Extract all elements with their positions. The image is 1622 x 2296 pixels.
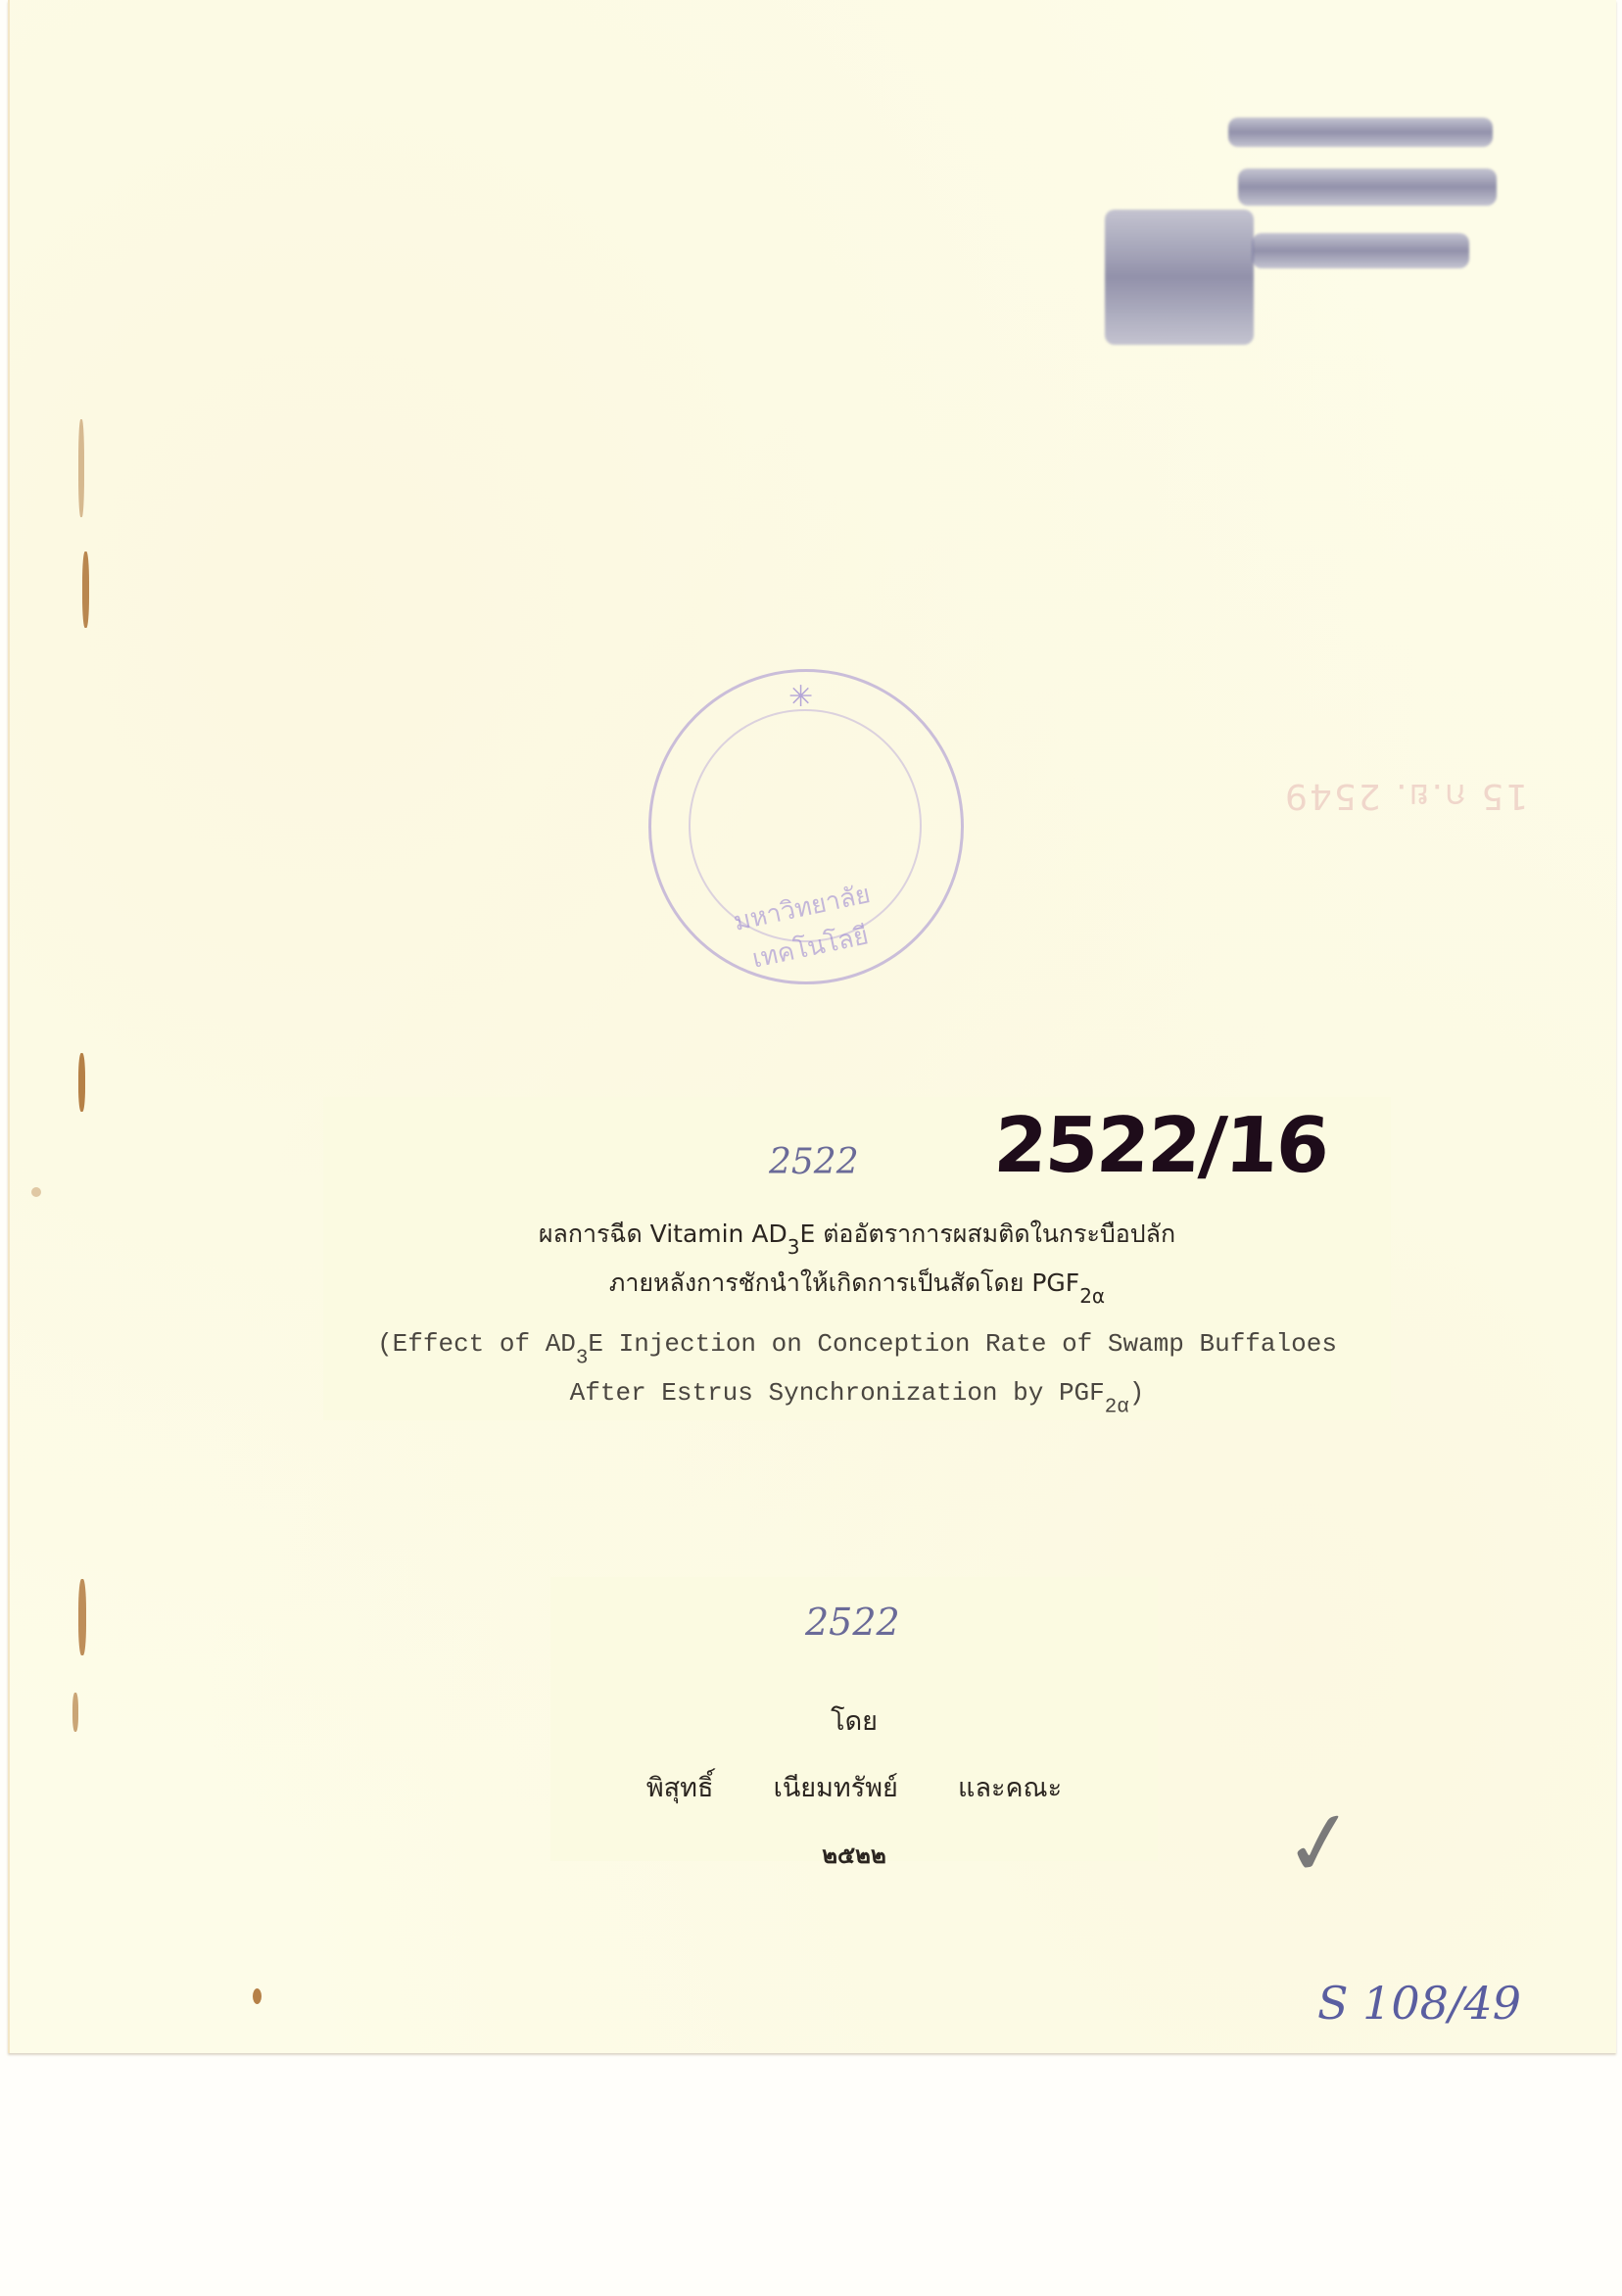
handwritten-year-top: 2522	[769, 1142, 859, 1182]
seal-star-icon: ✳	[788, 680, 813, 714]
check-mark-icon: ✓	[1276, 1788, 1363, 1899]
official-seal-stamp: ✳ มหาวิทยาลัยเทคโนโลยี	[648, 669, 964, 984]
by-label: โดย	[550, 1699, 1158, 1742]
catalog-number: S 108/49	[1317, 1977, 1521, 2030]
title-english-line-1: (Effect of AD3E Injection on Conception …	[323, 1329, 1391, 1369]
marker-reference-number: 2522/16	[992, 1102, 1330, 1190]
title-thai-line-1: ผลการฉีด Vitamin AD3E ต่ออัตราการผสมติดใ…	[323, 1215, 1391, 1259]
year-thai-numerals: ๒๕๒๒	[550, 1836, 1158, 1874]
title-english-line-2: After Estrus Synchronization by PGF2α)	[323, 1378, 1391, 1418]
document-page: ✳ มหาวิทยาลัยเทคโนโลยี 15 ก.ย. 2549 2522…	[8, 0, 1616, 2053]
author-line: พิสุทธิ์ เนียมทรัพย์ และคณะ	[550, 1766, 1158, 1808]
received-date-stamp: 15 ก.ย. 2549	[1283, 769, 1528, 825]
handwritten-year-bottom: 2522	[805, 1601, 900, 1644]
author-last-name: เนียมทรัพย์	[774, 1773, 898, 1803]
title-thai-line-2: ภายหลังการชักนำให้เกิดการเป็นสัดโดย PGF2…	[323, 1264, 1391, 1308]
author-first-name: พิสุทธิ์	[646, 1773, 714, 1803]
author-suffix: และคณะ	[958, 1773, 1062, 1803]
